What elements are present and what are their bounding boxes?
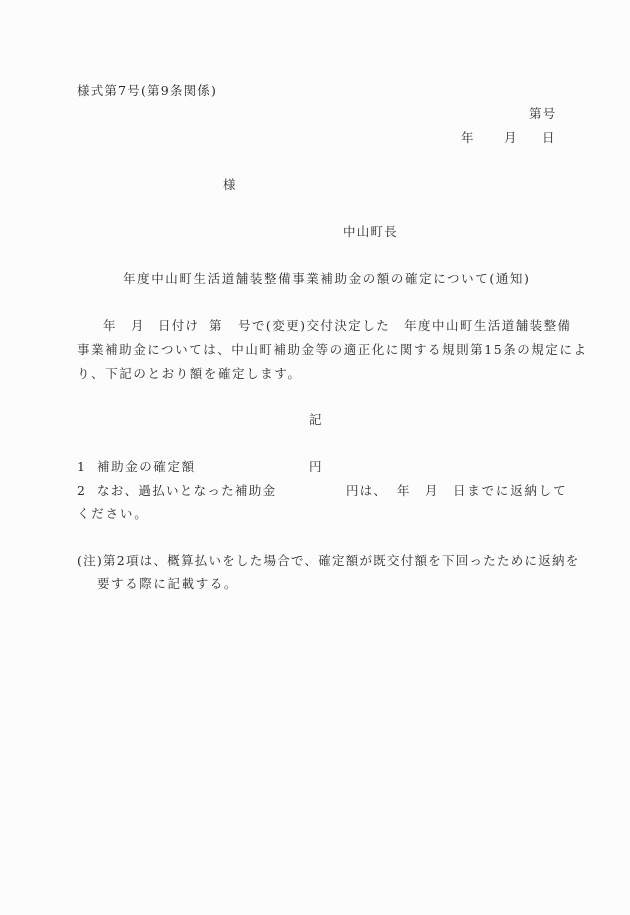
body-year: 年: [103, 318, 117, 334]
item-2-tail: 日までに返納して: [453, 483, 567, 499]
date-day: 日: [542, 130, 556, 146]
addressee-suffix: 様: [223, 177, 237, 193]
document-page: 様式第7号(第9条関係) 第号 年 月 日 様 中山町長 年度中山町生活道舗装整…: [0, 0, 630, 915]
item-2-unit-text: 円は、: [346, 483, 387, 499]
item-2-label: なお、過払いとなった補助金: [97, 483, 276, 499]
body-month: 月: [131, 318, 145, 334]
reference-number: 第号: [529, 106, 556, 122]
item-1-unit: 円: [309, 459, 323, 475]
item-2-number: 2: [77, 483, 86, 499]
body-line2: 事業補助金については、中山町補助金等の適正化に関する規則第15条の規定によ: [77, 342, 588, 358]
item-1-label: 補助金の確定額: [97, 459, 196, 475]
note-line1: (注)第2項は、概算払いをした場合で、確定額が既交付額を下回ったために返納を: [77, 553, 579, 569]
body-line3: り、下記のとおり額を確定します。: [77, 366, 302, 382]
item-1-number: 1: [77, 459, 86, 475]
body-line1-rest: 号で(変更)交付決定した 年度中山町生活道舗装整備: [238, 318, 572, 334]
item-2-month: 月: [425, 483, 439, 499]
form-label: 様式第7号(第9条関係): [77, 83, 217, 99]
body-dai: 第: [209, 318, 223, 334]
body-day-dated: 日付け: [158, 318, 199, 334]
issuer: 中山町長: [343, 224, 398, 240]
item-2-year: 年: [397, 483, 411, 499]
date-month: 月: [504, 130, 518, 146]
note-line2: 要する際に記載する。: [97, 576, 238, 592]
ki-heading: 記: [309, 412, 323, 428]
item-2-continuation: ください。: [77, 506, 149, 522]
document-title: 年度中山町生活道舗装整備事業補助金の額の確定について(通知): [123, 271, 531, 287]
date-year: 年: [461, 130, 475, 146]
